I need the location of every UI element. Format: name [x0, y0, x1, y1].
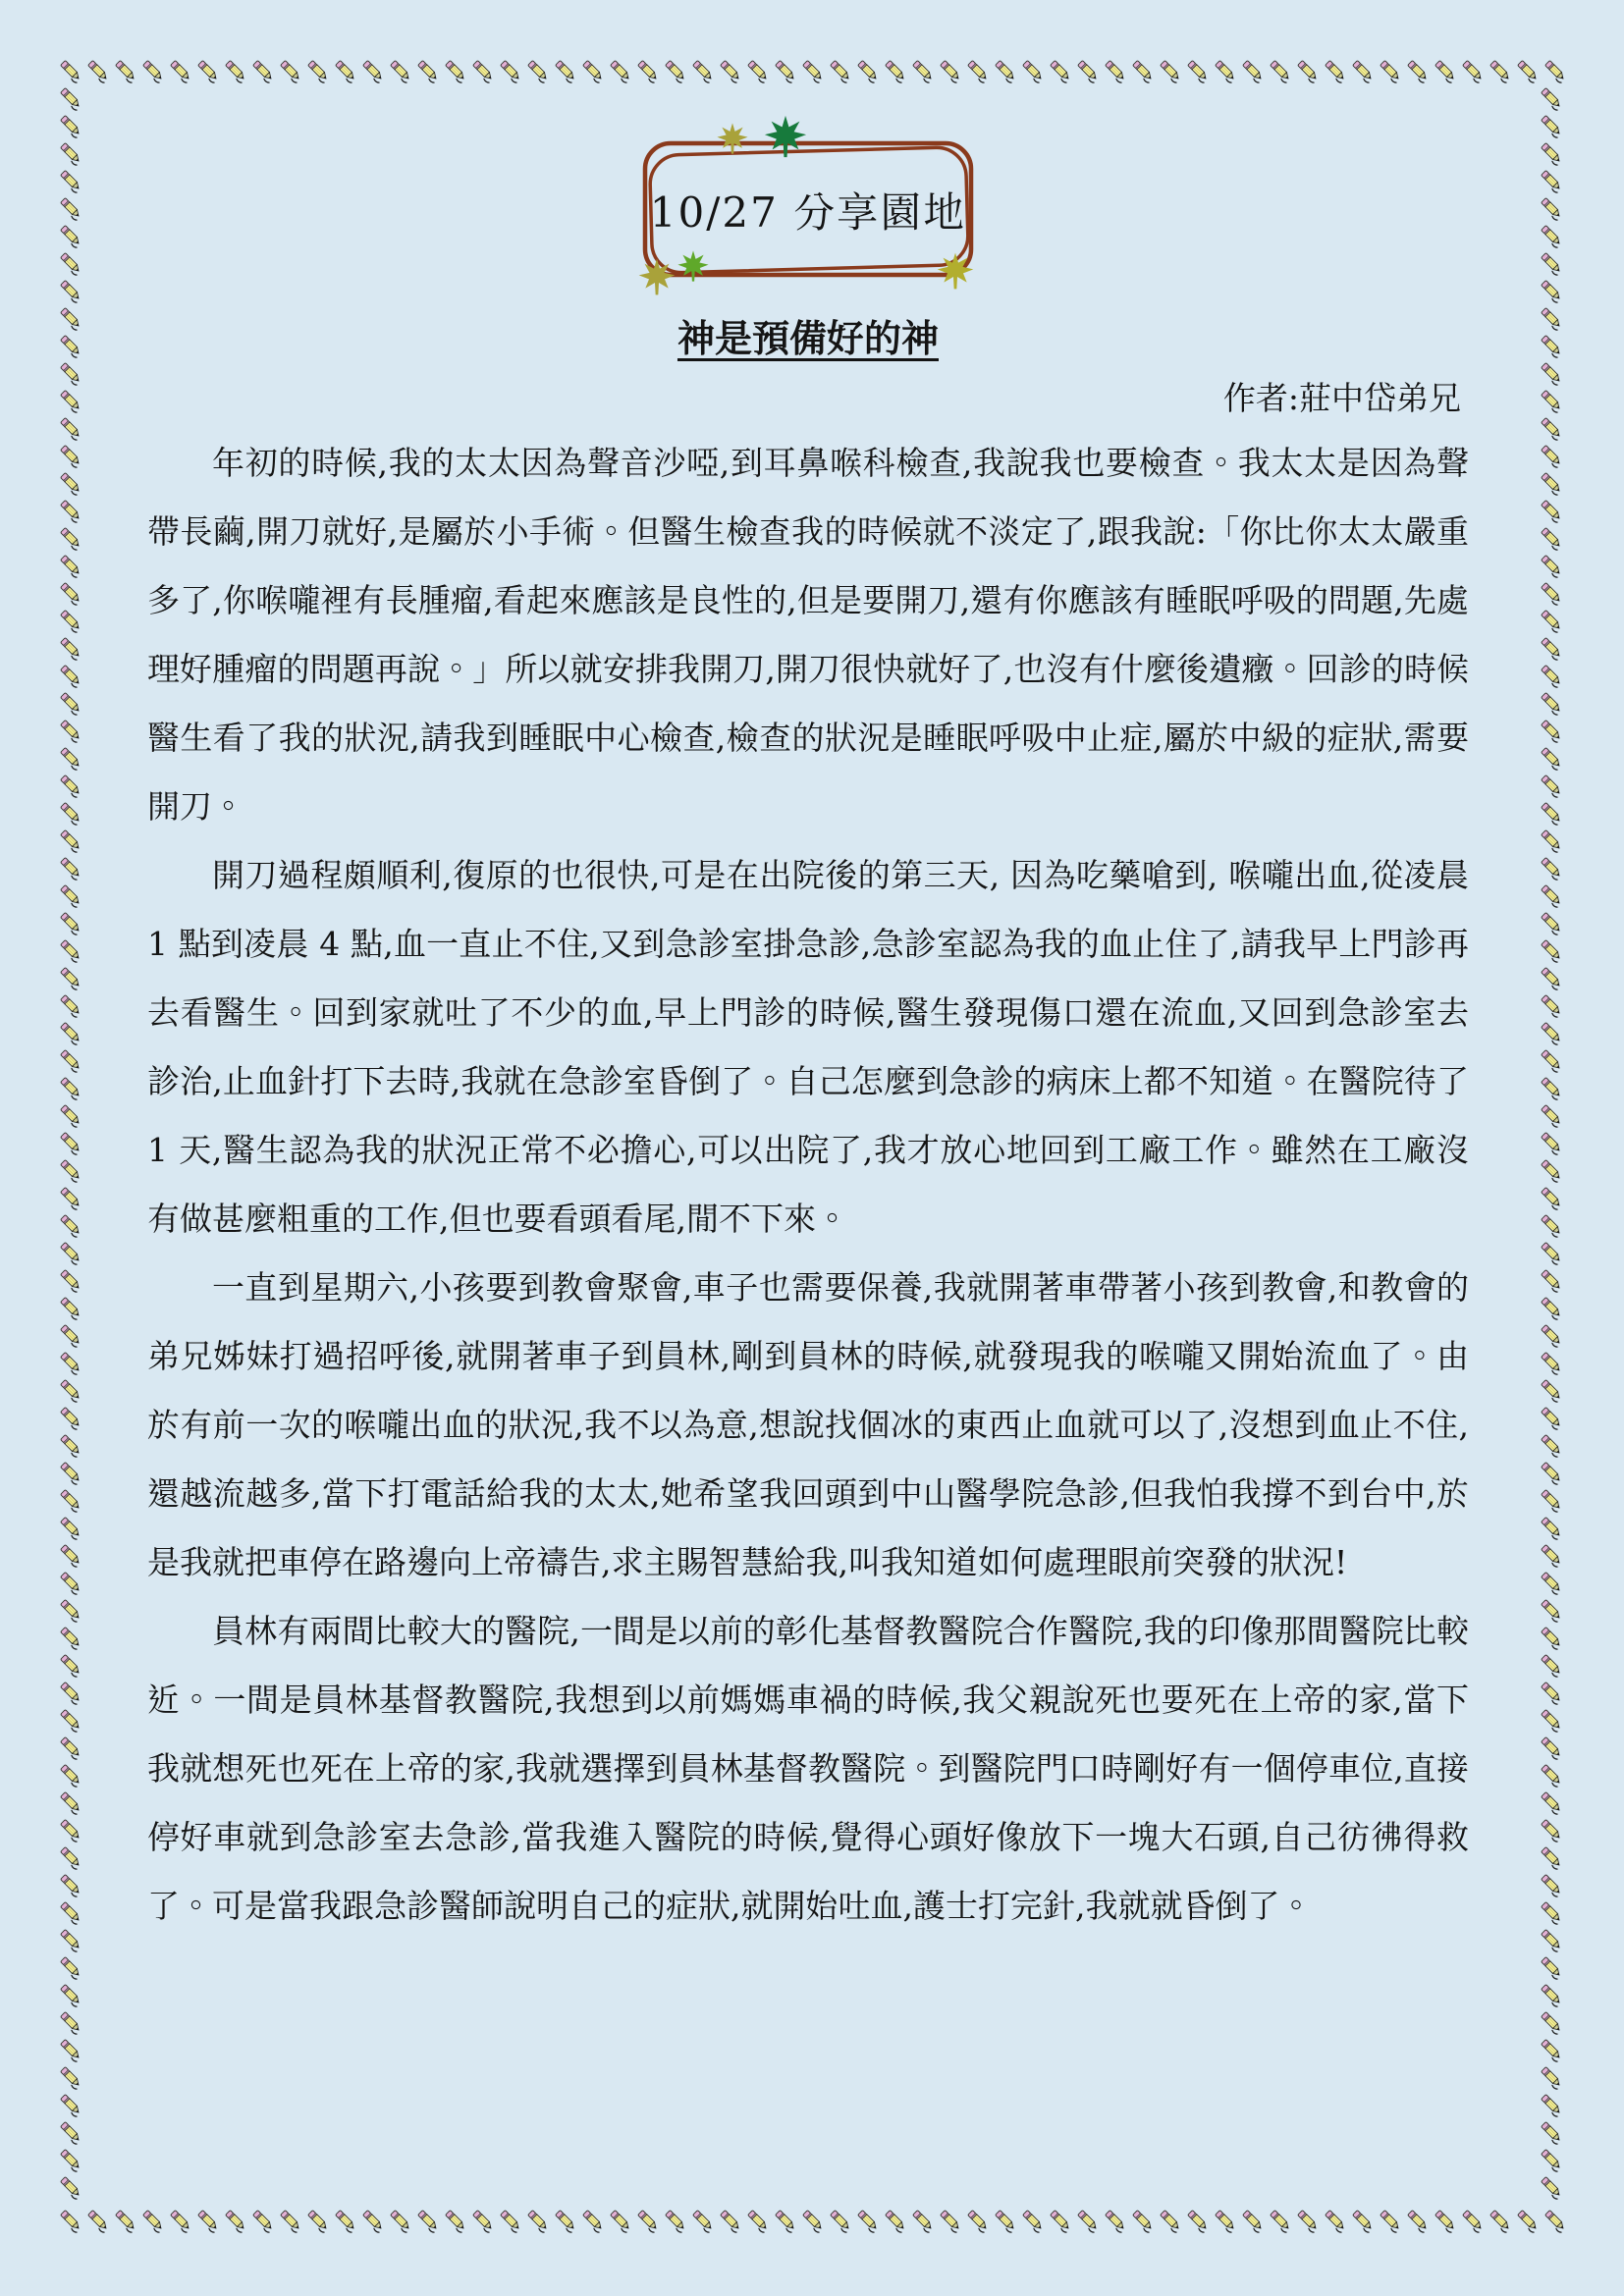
pencil-icon [1538, 1459, 1567, 1488]
pencil-icon [882, 2207, 911, 2236]
pencil-icon [497, 57, 526, 86]
pencil-icon [57, 964, 86, 993]
pencil-icon [1538, 772, 1567, 801]
pencil-icon [1538, 387, 1567, 416]
pencil-icon [57, 2207, 86, 2236]
pencil-icon [1102, 2207, 1131, 2236]
pencil-icon [57, 84, 86, 114]
article-heading-text: 神是預備好的神 [677, 316, 939, 360]
pencil-icon [1538, 1871, 1567, 1900]
pencil-icon [662, 2207, 691, 2236]
pencil-icon [57, 1816, 86, 1845]
pencil-icon [167, 57, 196, 86]
pencil-icon [57, 1294, 86, 1323]
pencil-icon [1538, 1074, 1567, 1103]
pencil-icon [1538, 139, 1567, 169]
pencil-icon [634, 2207, 664, 2236]
pencil-icon [1538, 1843, 1567, 1873]
pencil-icon [57, 304, 86, 334]
pencil-icon [579, 57, 609, 86]
pencil-icon [57, 909, 86, 938]
pencil-icon [607, 2207, 636, 2236]
pencil-icon [222, 2207, 251, 2236]
pencil-icon [552, 57, 581, 86]
pencil-icon [1538, 2063, 1567, 2093]
pencil-icon [1538, 2091, 1567, 2120]
pencil-icon [57, 634, 86, 664]
pencil-icon [1212, 2207, 1241, 2236]
pencil-icon [1538, 414, 1567, 444]
pencil-icon [827, 57, 856, 86]
pencil-icon [1019, 2207, 1049, 2236]
pencil-icon [772, 2207, 801, 2236]
pencil-icon [827, 2207, 856, 2236]
pencil-icon [1404, 2207, 1434, 2236]
pencil-icon [139, 57, 169, 86]
pencil-icon [249, 2207, 279, 2236]
pencil-icon [1538, 524, 1567, 554]
pencil-icon [992, 2207, 1021, 2236]
pencil-icon [57, 991, 86, 1021]
pencil-icon [57, 1541, 86, 1571]
pencil-icon [1538, 854, 1567, 883]
pencil-icon [1538, 1321, 1567, 1351]
article-author: 作者:莊中岱弟兄 [147, 373, 1461, 419]
pencil-icon [57, 524, 86, 554]
pencil-icon [662, 57, 691, 86]
pencil-icon [1538, 1156, 1567, 1186]
pencil-icon [277, 2207, 306, 2236]
pencil-icon [1538, 1129, 1567, 1158]
pencil-icon [1538, 1651, 1567, 1681]
pencil-icon [57, 1074, 86, 1103]
pencil-icon [1239, 2207, 1269, 2236]
pencil-icon [1184, 57, 1214, 86]
pencil-icon [57, 1981, 86, 2010]
pencil-icon [57, 1239, 86, 1268]
pencil-icon [1538, 1266, 1567, 1296]
pencil-icon [689, 2207, 719, 2236]
pencil-icon [1538, 194, 1567, 224]
pencil-icon [57, 497, 86, 526]
pencil-icon [57, 139, 86, 169]
pencil-icon [1432, 57, 1461, 86]
pencil-icon [1538, 304, 1567, 334]
pencil-icon [57, 579, 86, 609]
pencil-icon [1074, 2207, 1104, 2236]
pencil-icon [799, 57, 829, 86]
pencil-icon [1538, 827, 1567, 856]
pencil-icon [57, 1871, 86, 1900]
pencil-icon [57, 2146, 86, 2175]
pencil-icon [744, 57, 774, 86]
pencil-icon [57, 1349, 86, 1378]
pencil-icon [1212, 57, 1241, 86]
pencil-icon [57, 1046, 86, 1076]
pencil-icon [909, 57, 939, 86]
pencil-icon [57, 1101, 86, 1131]
pencil-icon [57, 2173, 86, 2203]
pencil-icon [57, 167, 86, 196]
pencil-icon [1538, 2146, 1567, 2175]
pencil-icon [1542, 57, 1571, 86]
pencil-icon [57, 799, 86, 828]
pencil-icon [414, 2207, 444, 2236]
pencil-icon [1538, 579, 1567, 609]
pencil-icon [304, 57, 334, 86]
pencil-icon [1459, 2207, 1489, 2236]
pencil-icon [964, 57, 994, 86]
pencil-icon [359, 2207, 389, 2236]
pencil-icon [1538, 1376, 1567, 1406]
pencil-icon [57, 1624, 86, 1653]
pencil-icon [57, 1926, 86, 1955]
pencil-icon [1129, 2207, 1159, 2236]
pencil-icon [1538, 1211, 1567, 1241]
pencil-icon [1538, 1926, 1567, 1955]
pencil-icon [1538, 1239, 1567, 1268]
pencil-icon [1538, 2008, 1567, 2038]
pencil-icon [854, 2207, 884, 2236]
pencil-icon [1538, 607, 1567, 636]
pencil-icon [1487, 57, 1516, 86]
pencil-icon [57, 1596, 86, 1626]
pencil-icon [57, 359, 86, 389]
pencil-icon [1322, 2207, 1351, 2236]
pencil-icon [57, 1486, 86, 1516]
pencil-icon [1538, 1184, 1567, 1213]
pencil-icon [524, 2207, 554, 2236]
pencil-icon [1538, 881, 1567, 911]
pencil-icon [139, 2207, 169, 2236]
pencil-icon [442, 57, 471, 86]
pencil-icon [57, 1156, 86, 1186]
pencil-icon [57, 1404, 86, 1433]
pencil-icon [1514, 2207, 1543, 2236]
pencil-icon [194, 57, 224, 86]
pencil-icon [442, 2207, 471, 2236]
pencil-icon [222, 57, 251, 86]
pencil-icon [1349, 2207, 1379, 2236]
pencil-icon [1538, 1898, 1567, 1928]
pencil-icon [1349, 57, 1379, 86]
pencil-icon [57, 2036, 86, 2065]
pencil-icon [1538, 112, 1567, 141]
pencil-icon [57, 57, 86, 86]
pencil-icon [579, 2207, 609, 2236]
pencil-icon [57, 2091, 86, 2120]
pencil-icon [112, 2207, 141, 2236]
pencil-icon [194, 2207, 224, 2236]
pencil-icon [1267, 57, 1296, 86]
pencil-icon [1538, 1541, 1567, 1571]
pencil-icon [57, 1706, 86, 1735]
article-body: 年初的時候,我的太太因為聲音沙啞,到耳鼻喉科檢查,我說我也要檢查。我太太是因為聲… [147, 429, 1469, 1941]
pencil-icon [57, 1953, 86, 1983]
pencil-icon [1322, 57, 1351, 86]
pencil-icon [1294, 57, 1324, 86]
pencil-icon [57, 2063, 86, 2093]
pencil-icon [57, 1431, 86, 1461]
pencil-icon [937, 57, 966, 86]
pencil-icon [1538, 1019, 1567, 1048]
paragraph: 年初的時候,我的太太因為聲音沙啞,到耳鼻喉科檢查,我說我也要檢查。我太太是因為聲… [147, 429, 1469, 841]
pencil-icon [57, 2118, 86, 2148]
maple-leaf-icon [639, 259, 676, 295]
pencil-icon [1538, 2118, 1567, 2148]
pencil-icon [57, 332, 86, 361]
pencil-icon [1538, 1514, 1567, 1543]
pencil-icon [57, 442, 86, 471]
paragraph: 員林有兩間比較大的醫院,一間是以前的彰化基督教醫院合作醫院,我的印像那間醫院比較… [147, 1597, 1469, 1941]
pencil-icon [57, 1129, 86, 1158]
pencil-icon [57, 1651, 86, 1681]
maple-leaf-icon [717, 123, 747, 153]
pencil-icon [1538, 991, 1567, 1021]
pencil-icon [57, 1789, 86, 1818]
article-heading: 神是預備好的神 [147, 308, 1469, 362]
pencil-icon [57, 1184, 86, 1213]
pencil-icon [1538, 744, 1567, 774]
pencil-icon [1538, 552, 1567, 581]
pencil-icon [1129, 57, 1159, 86]
pencil-icon [1538, 964, 1567, 993]
pencil-icon [57, 469, 86, 499]
pencil-icon [1538, 1761, 1567, 1790]
pencil-icon [1074, 57, 1104, 86]
pencil-icon [1538, 1431, 1567, 1461]
pencil-icon [57, 881, 86, 911]
pencil-icon [1538, 1624, 1567, 1653]
pencil-icon [57, 744, 86, 774]
pencil-icon [1542, 2207, 1571, 2236]
pencil-icon [57, 1761, 86, 1790]
pencil-icon [1538, 332, 1567, 361]
pencil-icon [1538, 497, 1567, 526]
pencil-icon [359, 57, 389, 86]
pencil-icon [909, 2207, 939, 2236]
pencil-icon [1404, 57, 1434, 86]
pencil-icon [1538, 1101, 1567, 1131]
pencil-icon [1102, 57, 1131, 86]
pencil-icon [57, 1019, 86, 1048]
pencil-icon [1538, 1569, 1567, 1598]
pencil-icon [1538, 1789, 1567, 1818]
pencil-icon [1432, 2207, 1461, 2236]
pencil-icon [57, 827, 86, 856]
pencil-icon [57, 414, 86, 444]
pencil-icon [1538, 1734, 1567, 1763]
pencil-icon [1538, 799, 1567, 828]
pencil-icon [1538, 167, 1567, 196]
pencil-icon [1184, 2207, 1214, 2236]
pencil-icon [1239, 57, 1269, 86]
pencil-icon [1538, 1404, 1567, 1433]
pencil-icon [1538, 2173, 1567, 2203]
pencil-icon [1538, 1679, 1567, 1708]
pencil-icon [84, 57, 114, 86]
pencil-icon [1377, 57, 1406, 86]
pencil-icon [1538, 359, 1567, 389]
pencil-icon [167, 2207, 196, 2236]
pencil-icon [1538, 1046, 1567, 1076]
pencil-icon [57, 772, 86, 801]
pencil-icon [717, 57, 746, 86]
pencil-icon [1538, 1596, 1567, 1626]
pencil-icon [1538, 1486, 1567, 1516]
pencil-icon [1538, 277, 1567, 306]
pencil-icon [1538, 2036, 1567, 2065]
pencil-icon [387, 57, 416, 86]
pencil-icon [1538, 1706, 1567, 1735]
pencil-icon [57, 387, 86, 416]
pencil-icon [1538, 909, 1567, 938]
pencil-icon [332, 2207, 361, 2236]
pencil-icon [57, 1843, 86, 1873]
pencil-icon [57, 1266, 86, 1296]
pencil-icon [57, 662, 86, 691]
pencil-icon [57, 1569, 86, 1598]
pencil-icon [57, 1376, 86, 1406]
pencil-icon [1538, 222, 1567, 251]
pencil-icon [1514, 57, 1543, 86]
pencil-icon [57, 2008, 86, 2038]
pencil-icon [57, 1321, 86, 1351]
pencil-icon [277, 57, 306, 86]
pencil-icon [57, 277, 86, 306]
pencil-icon [469, 2207, 499, 2236]
pencil-icon [634, 57, 664, 86]
pencil-icon [57, 854, 86, 883]
pencil-icon [57, 1679, 86, 1708]
pencil-icon [112, 57, 141, 86]
pencil-icon [1538, 442, 1567, 471]
pencil-icon [1047, 2207, 1076, 2236]
pencil-icon [57, 112, 86, 141]
pencil-icon [1294, 2207, 1324, 2236]
pencil-icon [57, 1734, 86, 1763]
pencil-icon [772, 57, 801, 86]
pencil-icon [1538, 1981, 1567, 2010]
pencil-icon [57, 249, 86, 279]
pencil-icon [1538, 84, 1567, 114]
pencil-icon [57, 689, 86, 719]
paragraph: 一直到星期六,小孩要到教會聚會,車子也需要保養,我就開著車帶著小孩到教會,和教會… [147, 1254, 1469, 1597]
pencil-icon [1487, 2207, 1516, 2236]
pencil-icon [497, 2207, 526, 2236]
pencil-icon [717, 2207, 746, 2236]
pencil-icon [937, 2207, 966, 2236]
pencil-icon [524, 57, 554, 86]
pencil-icon [57, 936, 86, 966]
pencil-icon [1538, 689, 1567, 719]
pencil-icon [882, 57, 911, 86]
pencil-icon [304, 2207, 334, 2236]
pencil-icon [1267, 2207, 1296, 2236]
pencil-icon [57, 222, 86, 251]
pencil-icon [1157, 57, 1186, 86]
pencil-icon [57, 552, 86, 581]
pencil-icon [1377, 2207, 1406, 2236]
pencil-icon [1538, 634, 1567, 664]
pencil-icon [964, 2207, 994, 2236]
pencil-icon [57, 1514, 86, 1543]
paragraph: 開刀過程頗順利,復原的也很快,可是在出院後的第三天, 因為吃藥嗆到, 喉嚨出血,… [147, 841, 1469, 1254]
pencil-icon [57, 194, 86, 224]
page-title: 10/27 分享園地 [633, 181, 983, 240]
pencil-icon [57, 1211, 86, 1241]
pencil-icon [57, 717, 86, 746]
pencil-icon [744, 2207, 774, 2236]
pencil-icon [57, 1459, 86, 1488]
pencil-icon [607, 57, 636, 86]
pencil-icon [1047, 57, 1076, 86]
pencil-icon [1019, 57, 1049, 86]
pencil-icon [1538, 1294, 1567, 1323]
pencil-icon [1538, 936, 1567, 966]
pencil-icon [57, 1898, 86, 1928]
pencil-icon [1459, 57, 1489, 86]
pencil-icon [84, 2207, 114, 2236]
pencil-icon [387, 2207, 416, 2236]
title-frame: 10/27 分享園地 [633, 120, 983, 296]
pencil-icon [1538, 1349, 1567, 1378]
pencil-icon [854, 57, 884, 86]
pencil-icon [57, 607, 86, 636]
pencil-icon [414, 57, 444, 86]
pencil-icon [1538, 469, 1567, 499]
pencil-icon [1157, 2207, 1186, 2236]
pencil-icon [1538, 717, 1567, 746]
pencil-icon [799, 2207, 829, 2236]
pencil-icon [1538, 1953, 1567, 1983]
pencil-icon [332, 57, 361, 86]
pencil-icon [1538, 662, 1567, 691]
pencil-icon [552, 2207, 581, 2236]
pencil-icon [689, 57, 719, 86]
pencil-icon [1538, 1816, 1567, 1845]
pencil-icon [469, 57, 499, 86]
pencil-icon [249, 57, 279, 86]
pencil-icon [992, 57, 1021, 86]
pencil-icon [1538, 249, 1567, 279]
